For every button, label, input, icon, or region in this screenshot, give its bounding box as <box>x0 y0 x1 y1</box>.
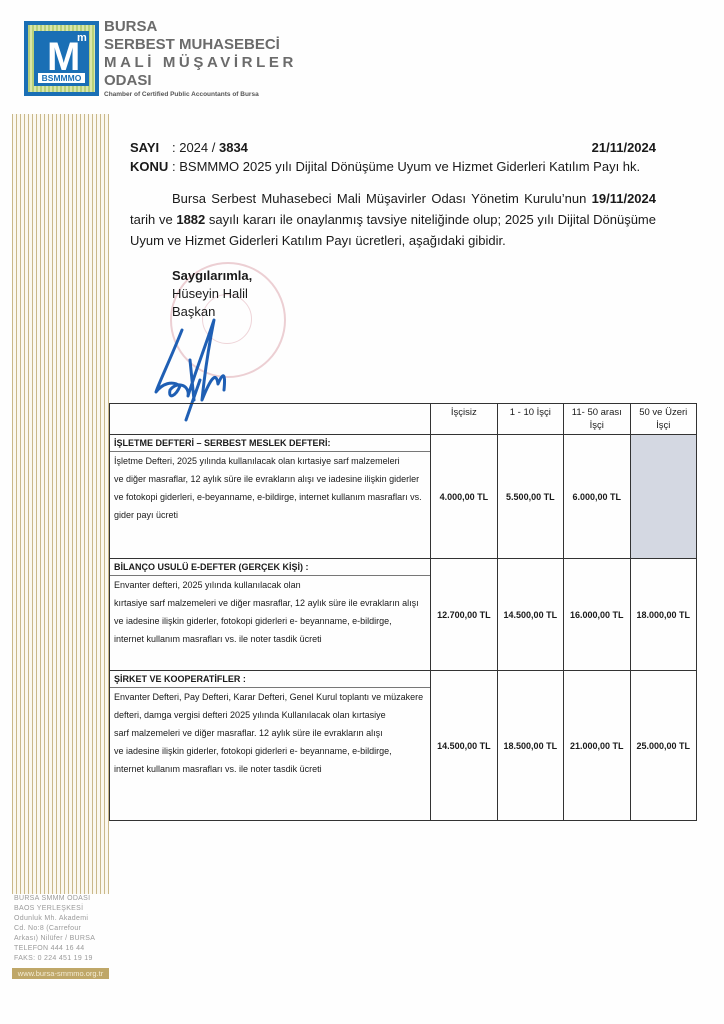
header-1-10: 1 - 10 İşçi <box>497 404 563 435</box>
fax-line: FAKS: 0 224 451 19 19 <box>14 954 108 964</box>
org-line-4: ODASI <box>104 72 297 90</box>
fee-cell: 21.000,00 TL <box>564 671 630 821</box>
konu-value: : BSMMMO 2025 yılı Dijital Dönüşüme Uyum… <box>172 159 640 174</box>
fee-cell: 14.500,00 TL <box>497 559 563 671</box>
row-category: ŞİRKET VE KOOPERATİFLER : <box>110 671 430 688</box>
phone-line: TELEFON 444 16 44 <box>14 944 108 954</box>
fee-cell: 16.000,00 TL <box>564 559 630 671</box>
closing: Saygılarımla, <box>172 267 252 285</box>
fee-cell: 18.000,00 TL <box>630 559 696 671</box>
fee-cell: 14.500,00 TL <box>431 671 497 821</box>
decorative-stripes <box>12 114 109 894</box>
row-description: ŞİRKET VE KOOPERATİFLER : Envanter Defte… <box>110 671 431 821</box>
org-line-3: MALİ MÜŞAVİRLER <box>104 54 297 72</box>
address-line: Odunluk Mh. Akademi <box>14 914 108 924</box>
fee-cell: 5.500,00 TL <box>497 435 563 559</box>
header-11-50: 11- 50 arası İşçi <box>564 404 630 435</box>
address-line: Arkası) Nilüfer / BURSA <box>14 934 108 944</box>
header-iscisiz: İşçisiz <box>431 404 497 435</box>
table-row: BİLANÇO USULÜ E-DEFTER (GERÇEK KİŞİ) : E… <box>110 559 697 671</box>
sayi-number: 3834 <box>219 140 248 155</box>
sayi-label: SAYI <box>130 138 172 157</box>
organization-name: BURSA SERBEST MUHASEBECİ MALİ MÜŞAVİRLER… <box>104 18 297 100</box>
letter-body: Bursa Serbest Muhasebeci Mali Müşavirler… <box>130 188 656 251</box>
letter-date: 21/11/2024 <box>592 138 656 157</box>
row-description: İŞLETME DEFTERİ – SERBEST MESLEK DEFTERİ… <box>110 435 431 559</box>
logo-abbreviation: BSMMMO <box>38 73 85 83</box>
sayi-value: : 2024 / <box>172 140 219 155</box>
org-line-1: BURSA <box>104 18 297 36</box>
table-row: İŞLETME DEFTERİ – SERBEST MESLEK DEFTERİ… <box>110 435 697 559</box>
website-link[interactable]: www.bursa-smmmo.org.tr <box>12 968 109 979</box>
fee-cell: 18.500,00 TL <box>497 671 563 821</box>
row-description: BİLANÇO USULÜ E-DEFTER (GERÇEK KİŞİ) : E… <box>110 559 431 671</box>
fee-cell: 4.000,00 TL <box>431 435 497 559</box>
bsmmmo-logo: M m BSMMMO <box>24 21 99 96</box>
fee-cell-not-applicable <box>630 435 696 559</box>
row-category: İŞLETME DEFTERİ – SERBEST MESLEK DEFTERİ… <box>110 435 430 452</box>
row-category: BİLANÇO USULÜ E-DEFTER (GERÇEK KİŞİ) : <box>110 559 430 576</box>
konu-label: KONU <box>130 157 172 176</box>
org-line-2: SERBEST MUHASEBECİ <box>104 36 297 54</box>
address-line: Cd. No:8 (Carrefour <box>14 924 108 934</box>
letter-meta: SAYI: 2024 / 3834 21/11/2024 KONU: BSMMM… <box>130 138 656 176</box>
address-line: BAOS YERLEŞKESİ <box>14 904 108 914</box>
table-header-row: İşçisiz 1 - 10 İşçi 11- 50 arası İşçi 50… <box>110 404 697 435</box>
fee-cell: 25.000,00 TL <box>630 671 696 821</box>
fee-table: İşçisiz 1 - 10 İşçi 11- 50 arası İşçi 50… <box>109 403 697 821</box>
footer-address: BURSA SMMM ODASI BAOS YERLEŞKESİ Odunluk… <box>14 894 108 964</box>
org-english-name: Chamber of Certified Public Accountants … <box>104 90 297 100</box>
header-50-plus: 50 ve Üzeri İşçi <box>630 404 696 435</box>
logo-superscript: m <box>77 32 87 44</box>
body-paragraph: Bursa Serbest Muhasebeci Mali Müşavirler… <box>130 188 656 251</box>
letter-page: M m BSMMMO BURSA SERBEST MUHASEBECİ MALİ… <box>0 0 724 1024</box>
header-empty <box>110 404 431 435</box>
address-line: BURSA SMMM ODASI <box>14 894 108 904</box>
fee-cell: 6.000,00 TL <box>564 435 630 559</box>
fee-cell: 12.700,00 TL <box>431 559 497 671</box>
table-row: ŞİRKET VE KOOPERATİFLER : Envanter Defte… <box>110 671 697 821</box>
